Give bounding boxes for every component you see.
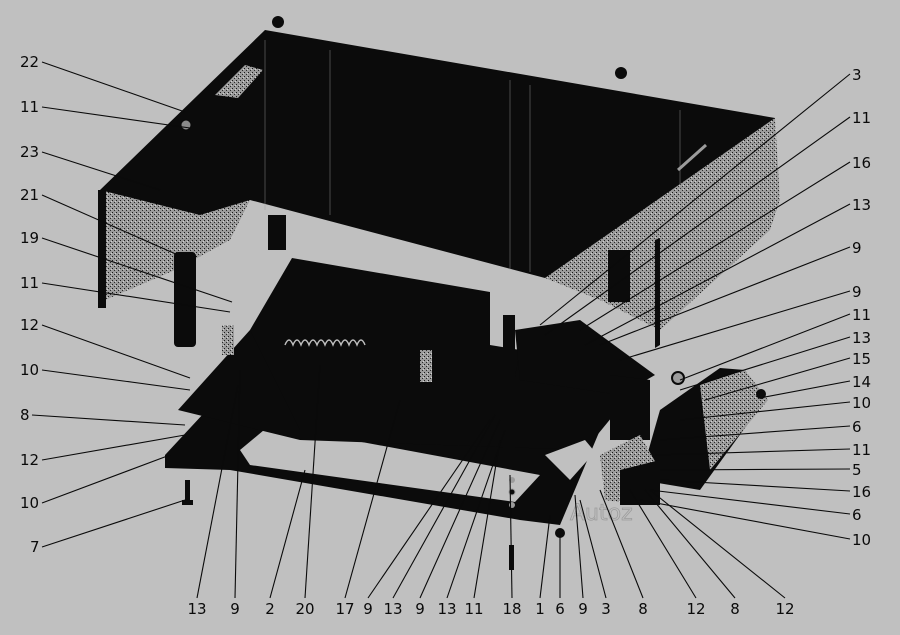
leader-line bbox=[42, 435, 185, 460]
callout-left-10: 10 bbox=[20, 361, 39, 379]
leader-line bbox=[760, 381, 850, 398]
callout-left-10: 10 bbox=[20, 494, 39, 512]
callout-bottom-2: 2 bbox=[265, 600, 275, 618]
callout-bottom-13: 13 bbox=[187, 600, 206, 618]
callout-bottom-13: 13 bbox=[383, 600, 402, 618]
callout-left-7: 7 bbox=[30, 538, 40, 556]
leader-line bbox=[650, 490, 785, 598]
callout-bottom-1: 1 bbox=[535, 600, 545, 618]
callout-right-16: 16 bbox=[852, 483, 871, 501]
leader-line bbox=[650, 490, 850, 514]
leader-line bbox=[680, 314, 850, 380]
callout-bottom-9: 9 bbox=[363, 600, 373, 618]
leader-line bbox=[640, 500, 850, 539]
callout-bottom-9: 9 bbox=[415, 600, 425, 618]
callout-left-21: 21 bbox=[20, 186, 39, 204]
leader-line bbox=[270, 470, 305, 598]
leader-line bbox=[630, 490, 696, 598]
callout-right-3: 3 bbox=[852, 66, 862, 84]
callout-right-15: 15 bbox=[852, 350, 871, 368]
callout-bottom-9: 9 bbox=[578, 600, 588, 618]
leader-line bbox=[42, 370, 190, 390]
leader-line bbox=[32, 415, 185, 425]
screw-7 bbox=[182, 480, 193, 505]
callout-left-12: 12 bbox=[20, 316, 39, 334]
exploded-assembly-drawing: Autoz 2211232119111210812107139220179139… bbox=[0, 0, 900, 635]
callout-left-23: 23 bbox=[20, 143, 39, 161]
callout-bottom-13: 13 bbox=[437, 600, 456, 618]
callout-right-9: 9 bbox=[852, 283, 862, 301]
callout-right-6: 6 bbox=[852, 506, 862, 524]
leader-line bbox=[42, 325, 190, 378]
leader-line bbox=[42, 107, 190, 128]
callout-right-6: 6 bbox=[852, 418, 862, 436]
spacer-post-left bbox=[174, 252, 196, 347]
leader-line bbox=[42, 62, 185, 112]
callout-left-11: 11 bbox=[20, 274, 39, 292]
callout-bottom-12: 12 bbox=[775, 600, 794, 618]
leader-line bbox=[645, 490, 735, 598]
callout-right-11: 11 bbox=[852, 109, 871, 127]
callout-bottom-11: 11 bbox=[464, 600, 483, 618]
callout-left-22: 22 bbox=[20, 53, 39, 71]
leader-line bbox=[540, 515, 550, 598]
callout-bottom-3: 3 bbox=[601, 600, 611, 618]
callout-bottom-6: 6 bbox=[555, 600, 565, 618]
base-assembly bbox=[165, 258, 655, 525]
callout-right-5: 5 bbox=[852, 461, 862, 479]
callout-right-13: 13 bbox=[852, 329, 871, 347]
callout-bottom-20: 20 bbox=[295, 600, 314, 618]
watermark: Autoz bbox=[570, 501, 633, 526]
callout-right-13: 13 bbox=[852, 196, 871, 214]
callout-right-10: 10 bbox=[852, 394, 871, 412]
callout-left-8: 8 bbox=[20, 406, 30, 424]
callout-right-9: 9 bbox=[852, 239, 862, 257]
callout-right-16: 16 bbox=[852, 154, 871, 172]
leader-line bbox=[42, 283, 230, 312]
callout-right-14: 14 bbox=[852, 373, 871, 391]
leader-line bbox=[42, 500, 185, 547]
callout-right-11: 11 bbox=[852, 306, 871, 324]
callout-right-10: 10 bbox=[852, 531, 871, 549]
callout-left-19: 19 bbox=[20, 229, 39, 247]
callout-left-12: 12 bbox=[20, 451, 39, 469]
callout-bottom-8: 8 bbox=[638, 600, 648, 618]
leader-line bbox=[42, 455, 170, 503]
callout-bottom-17: 17 bbox=[335, 600, 354, 618]
callout-left-11: 11 bbox=[20, 98, 39, 116]
diagram-canvas: Autoz 2211232119111210812107139220179139… bbox=[0, 0, 900, 635]
callout-bottom-8: 8 bbox=[730, 600, 740, 618]
callout-right-11: 11 bbox=[852, 441, 871, 459]
callout-bottom-18: 18 bbox=[502, 600, 521, 618]
callout-bottom-9: 9 bbox=[230, 600, 240, 618]
callout-bottom-12: 12 bbox=[686, 600, 705, 618]
